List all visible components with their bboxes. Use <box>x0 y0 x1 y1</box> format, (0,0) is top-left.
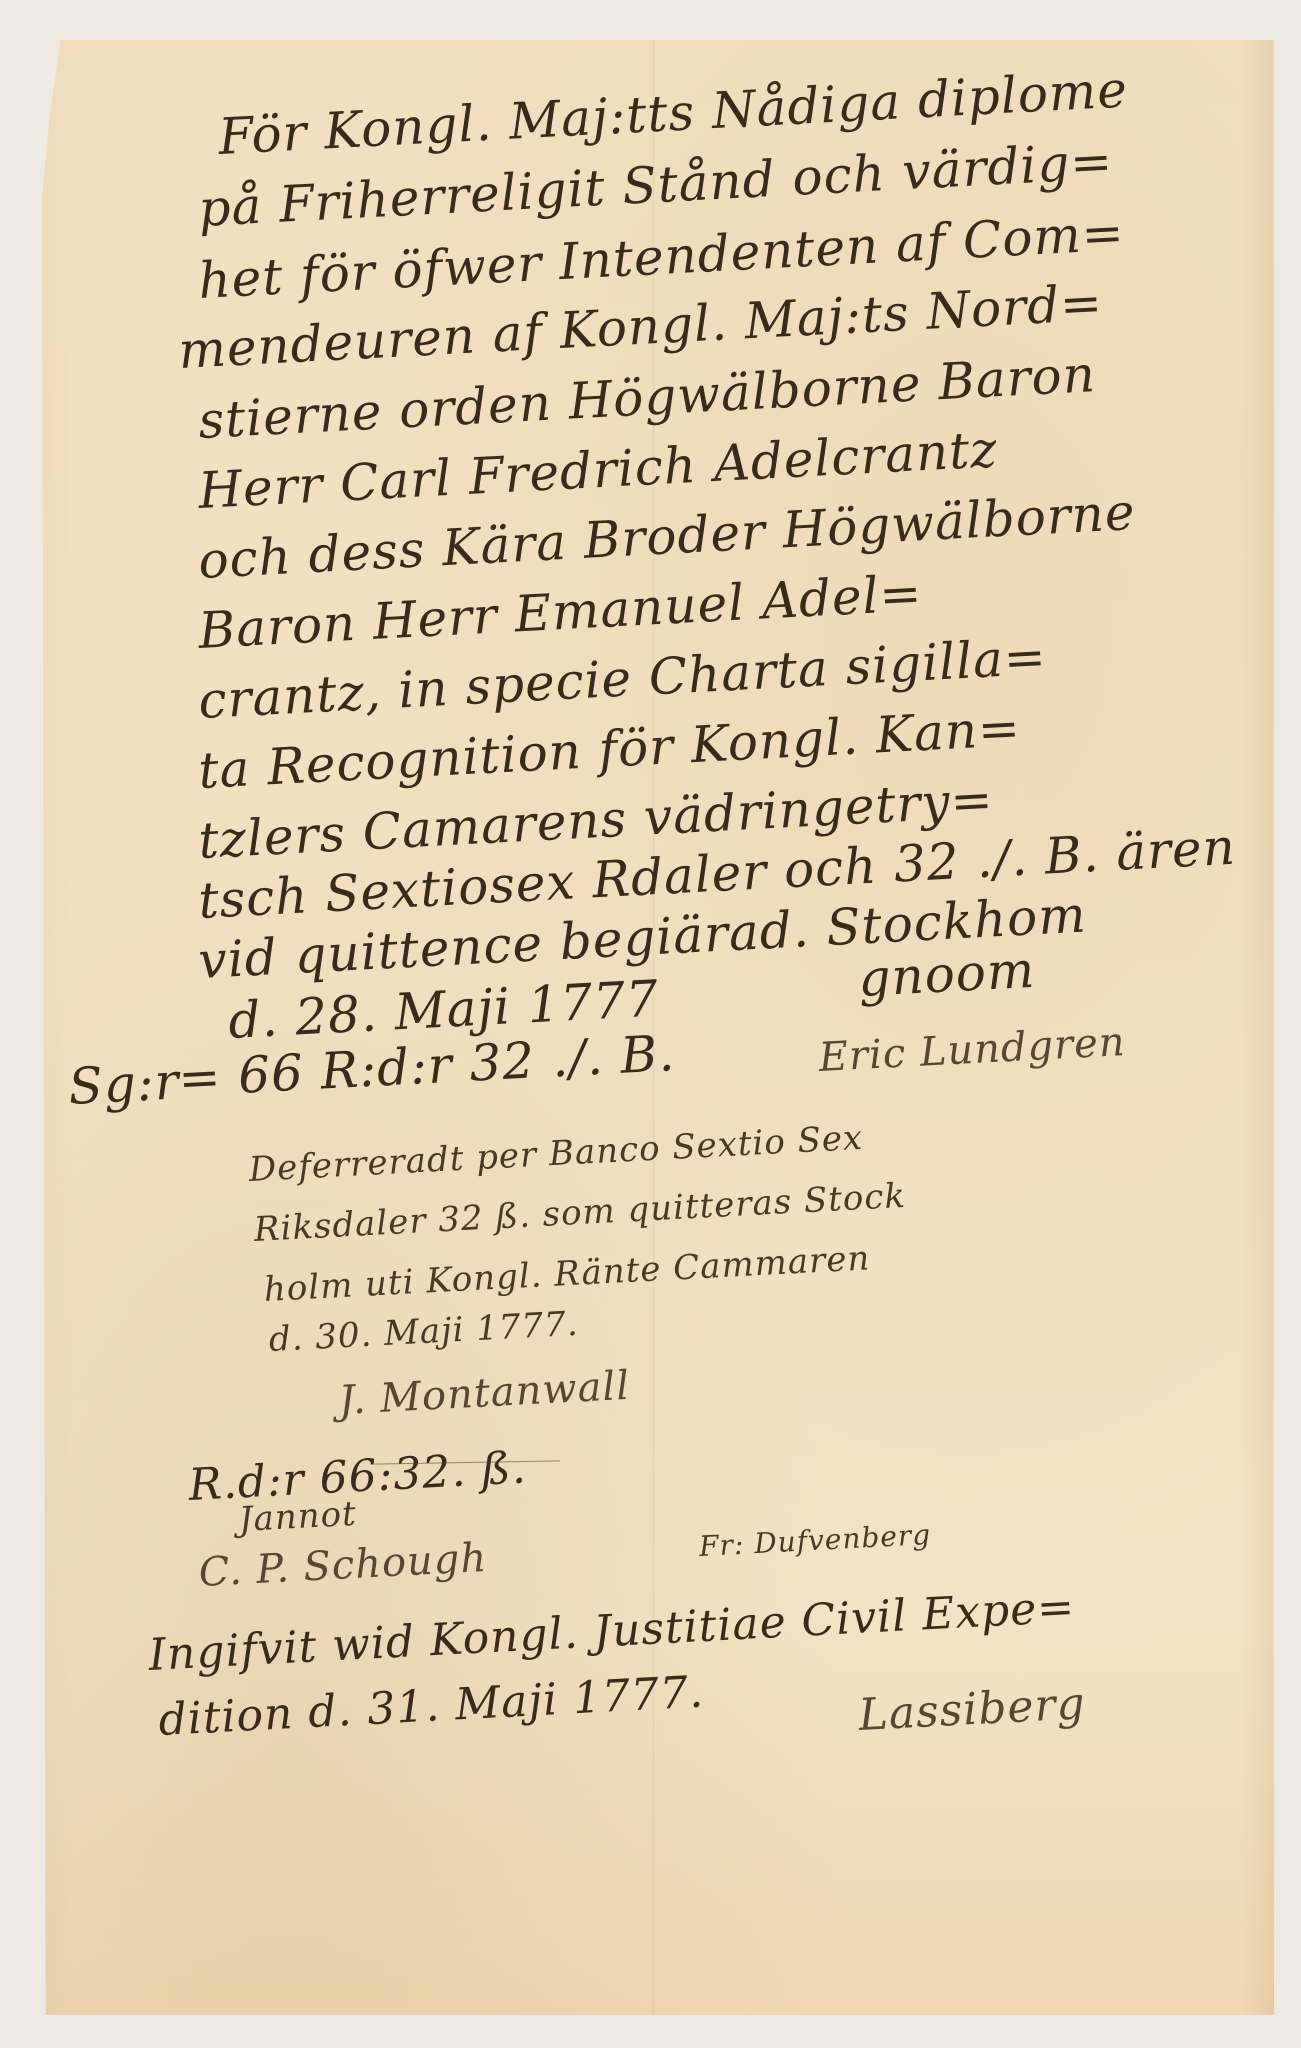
annot-label: Jannot <box>238 1494 358 1540</box>
amount-label: Sg:r <box>67 1052 181 1116</box>
body-line-15: gnoom <box>857 941 1037 1008</box>
scanned-document: För Kongl. Maj:tts Nådiga diplome på Fri… <box>0 0 1301 2048</box>
